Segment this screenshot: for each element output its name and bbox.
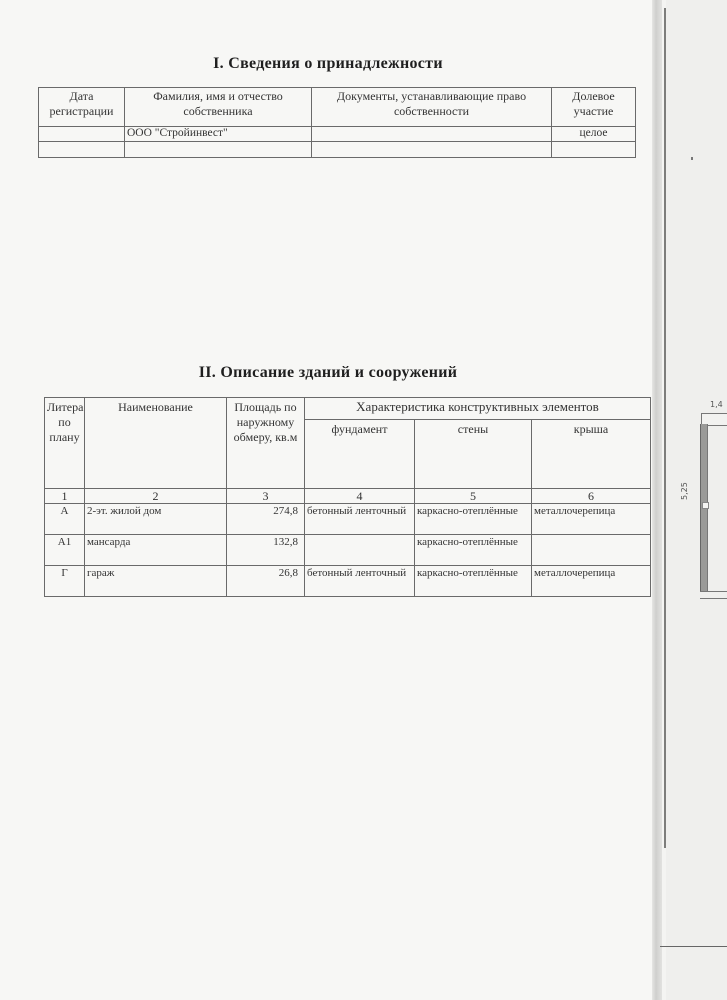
cell-owner: ООО "Стройинвест" bbox=[125, 127, 312, 142]
col-area: Площадь по наружному обмеру, кв.м bbox=[227, 398, 305, 489]
table-row: А 2-эт. жилой дом 274,8 бетонный ленточн… bbox=[45, 504, 651, 535]
table-row bbox=[39, 142, 636, 158]
col-number: 6 bbox=[532, 489, 651, 504]
col-number: 3 bbox=[227, 489, 305, 504]
floor-plan-dimension-top: 1,4 bbox=[710, 400, 723, 409]
scan-speck bbox=[691, 157, 693, 160]
cell-walls: каркасно-отеплённые bbox=[415, 535, 532, 566]
table-row: Г гараж 26,8 бетонный ленточный каркасно… bbox=[45, 566, 651, 597]
section-2-title: II. Описание зданий и сооружений bbox=[0, 364, 656, 382]
buildings-table: Литера по плану Наименование Площадь по … bbox=[44, 397, 651, 597]
col-foundation: фундамент bbox=[305, 420, 415, 489]
col-number: 2 bbox=[85, 489, 227, 504]
cell-name: мансарда bbox=[85, 535, 227, 566]
col-name: Наименование bbox=[85, 398, 227, 489]
col-ownership-documents: Документы, устанавливающие право собстве… bbox=[312, 88, 552, 127]
cell-area: 274,8 bbox=[227, 504, 305, 535]
page-spine bbox=[652, 0, 662, 1000]
cell-litera: А bbox=[45, 504, 85, 535]
cell-owner bbox=[125, 142, 312, 158]
col-characteristics: Характеристика конструктивных элементов bbox=[305, 398, 651, 420]
adjacent-page-frame-bottom bbox=[660, 946, 727, 947]
cell-documents bbox=[312, 127, 552, 142]
cell-name: гараж bbox=[85, 566, 227, 597]
cell-roof bbox=[532, 535, 651, 566]
cell-area: 132,8 bbox=[227, 535, 305, 566]
cell-share bbox=[552, 142, 636, 158]
section-1-title: I. Сведения о принадлежности bbox=[0, 55, 656, 73]
cell-foundation bbox=[305, 535, 415, 566]
cell-foundation: бетонный ленточный bbox=[305, 566, 415, 597]
ownership-table: Дата регистрации Фамилия, имя и отчество… bbox=[38, 87, 636, 158]
document-page: I. Сведения о принадлежности Дата регист… bbox=[0, 0, 656, 1000]
cell-foundation: бетонный ленточный bbox=[305, 504, 415, 535]
cell-documents bbox=[312, 142, 552, 158]
col-number: 4 bbox=[305, 489, 415, 504]
col-number: 1 bbox=[45, 489, 85, 504]
cell-litera: Г bbox=[45, 566, 85, 597]
floor-plan-node bbox=[702, 502, 709, 509]
col-registration-date: Дата регистрации bbox=[39, 88, 125, 127]
cell-share: целое bbox=[552, 127, 636, 142]
table-row: ООО "Стройинвест" целое bbox=[39, 127, 636, 142]
cell-walls: каркасно-отеплённые bbox=[415, 504, 532, 535]
col-owner-name: Фамилия, имя и отчество собственника bbox=[125, 88, 312, 127]
column-numbers-row: 1 2 3 4 5 6 bbox=[45, 489, 651, 504]
col-roof: крыша bbox=[532, 420, 651, 489]
cell-litera: А1 bbox=[45, 535, 85, 566]
cell-walls: каркасно-отеплённые bbox=[415, 566, 532, 597]
cell-date bbox=[39, 142, 125, 158]
cell-roof: металлочерепица bbox=[532, 566, 651, 597]
cell-date bbox=[39, 127, 125, 142]
cell-area: 26,8 bbox=[227, 566, 305, 597]
ownership-header-row: Дата регистрации Фамилия, имя и отчество… bbox=[39, 88, 636, 127]
table-row: А1 мансарда 132,8 каркасно-отеплённые bbox=[45, 535, 651, 566]
floor-plan-dimension-side: 5,25 bbox=[680, 482, 689, 500]
col-walls: стены bbox=[415, 420, 532, 489]
col-litera: Литера по плану bbox=[45, 398, 85, 489]
cell-name: 2-эт. жилой дом bbox=[85, 504, 227, 535]
col-share: Долевое участие bbox=[552, 88, 636, 127]
buildings-header-row: Литера по плану Наименование Площадь по … bbox=[45, 398, 651, 420]
cell-roof: металлочерепица bbox=[532, 504, 651, 535]
adjacent-page bbox=[666, 0, 727, 1000]
floor-plan-bottom-wall bbox=[700, 591, 727, 599]
col-number: 5 bbox=[415, 489, 532, 504]
